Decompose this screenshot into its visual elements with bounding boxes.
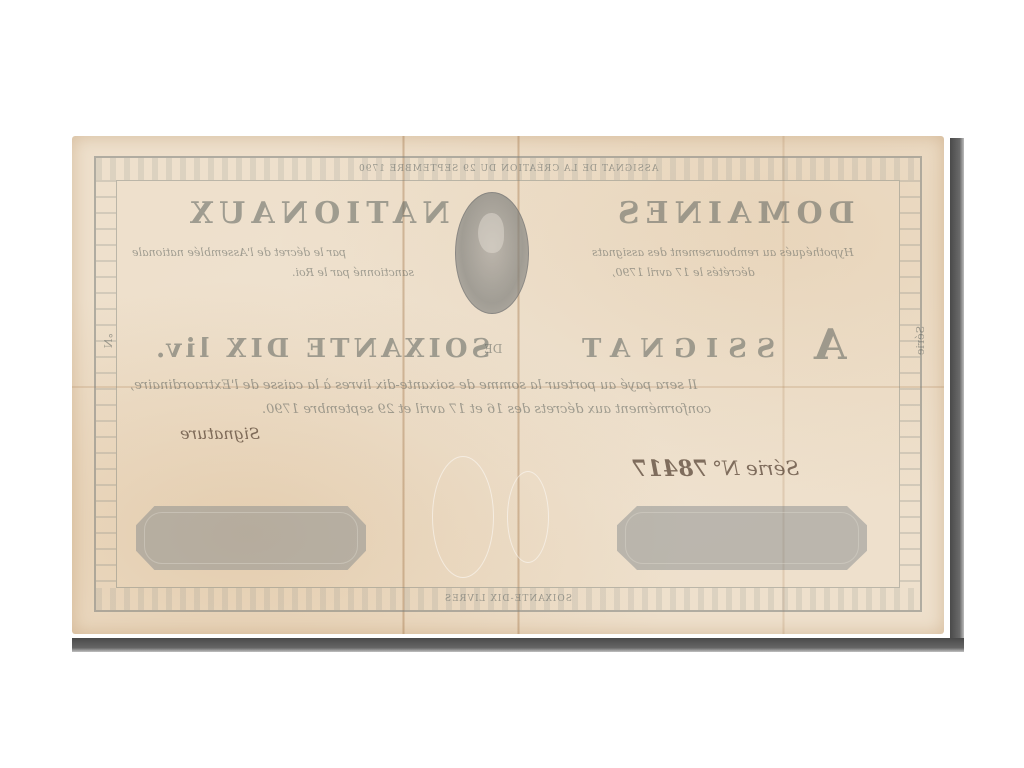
- subtitle-right-2: sanctionné par le Roi.: [292, 266, 414, 279]
- right-ornamental-band: [900, 180, 920, 588]
- assignat-word: SSIGNAT: [572, 334, 775, 364]
- payment-line-1: Il sera payé au porteur la somme de soix…: [130, 378, 697, 393]
- title-domaines: DOMAINES: [612, 196, 855, 231]
- top-band-text: ASSIGNAT DE LA CRÉATION DU 29 SEPTEMBRE …: [358, 164, 658, 174]
- bottom-band-text: SOIXANTE-DIX LIVRES: [444, 594, 572, 604]
- left-side-label: N°: [101, 333, 114, 348]
- portrait-head: [478, 213, 504, 253]
- denomination-text: SOIXANTE DIX liv.: [152, 334, 490, 364]
- payment-line-2: conformément aux décrets des 16 et 17 av…: [262, 402, 711, 417]
- drop-shadow-right: [950, 138, 964, 646]
- serial-prefix: Série N°: [712, 456, 799, 480]
- subtitle-right-1: par le décret de l'Assemblée nationale: [132, 246, 346, 259]
- watermark-oval: [432, 456, 494, 578]
- serial-number: 78417: [632, 456, 709, 482]
- right-value-plate: [617, 506, 867, 570]
- assignat-banknote: ASSIGNAT DE LA CRÉATION DU 29 SEPTEMBRE …: [72, 136, 944, 634]
- right-side-label: Série: [914, 326, 927, 355]
- big-letter-a: A: [814, 320, 847, 369]
- subtitle-left-1: Hypothéqués au remboursement des assigna…: [592, 246, 854, 259]
- drop-shadow-bottom: [72, 638, 964, 652]
- king-portrait-medallion: [455, 192, 529, 314]
- bottom-ornamental-band: SOIXANTE-DIX LIVRES: [96, 588, 920, 610]
- left-value-plate: [136, 506, 366, 570]
- handwritten-signature: Signature: [180, 424, 260, 443]
- left-ornamental-band: [96, 180, 116, 588]
- watermark-oval: [507, 471, 549, 563]
- title-nationaux: NATIONAUX: [184, 196, 450, 231]
- top-ornamental-band: ASSIGNAT DE LA CRÉATION DU 29 SEPTEMBRE …: [96, 158, 920, 180]
- subtitle-left-2: décrétés le 17 avril 1790,: [612, 266, 755, 279]
